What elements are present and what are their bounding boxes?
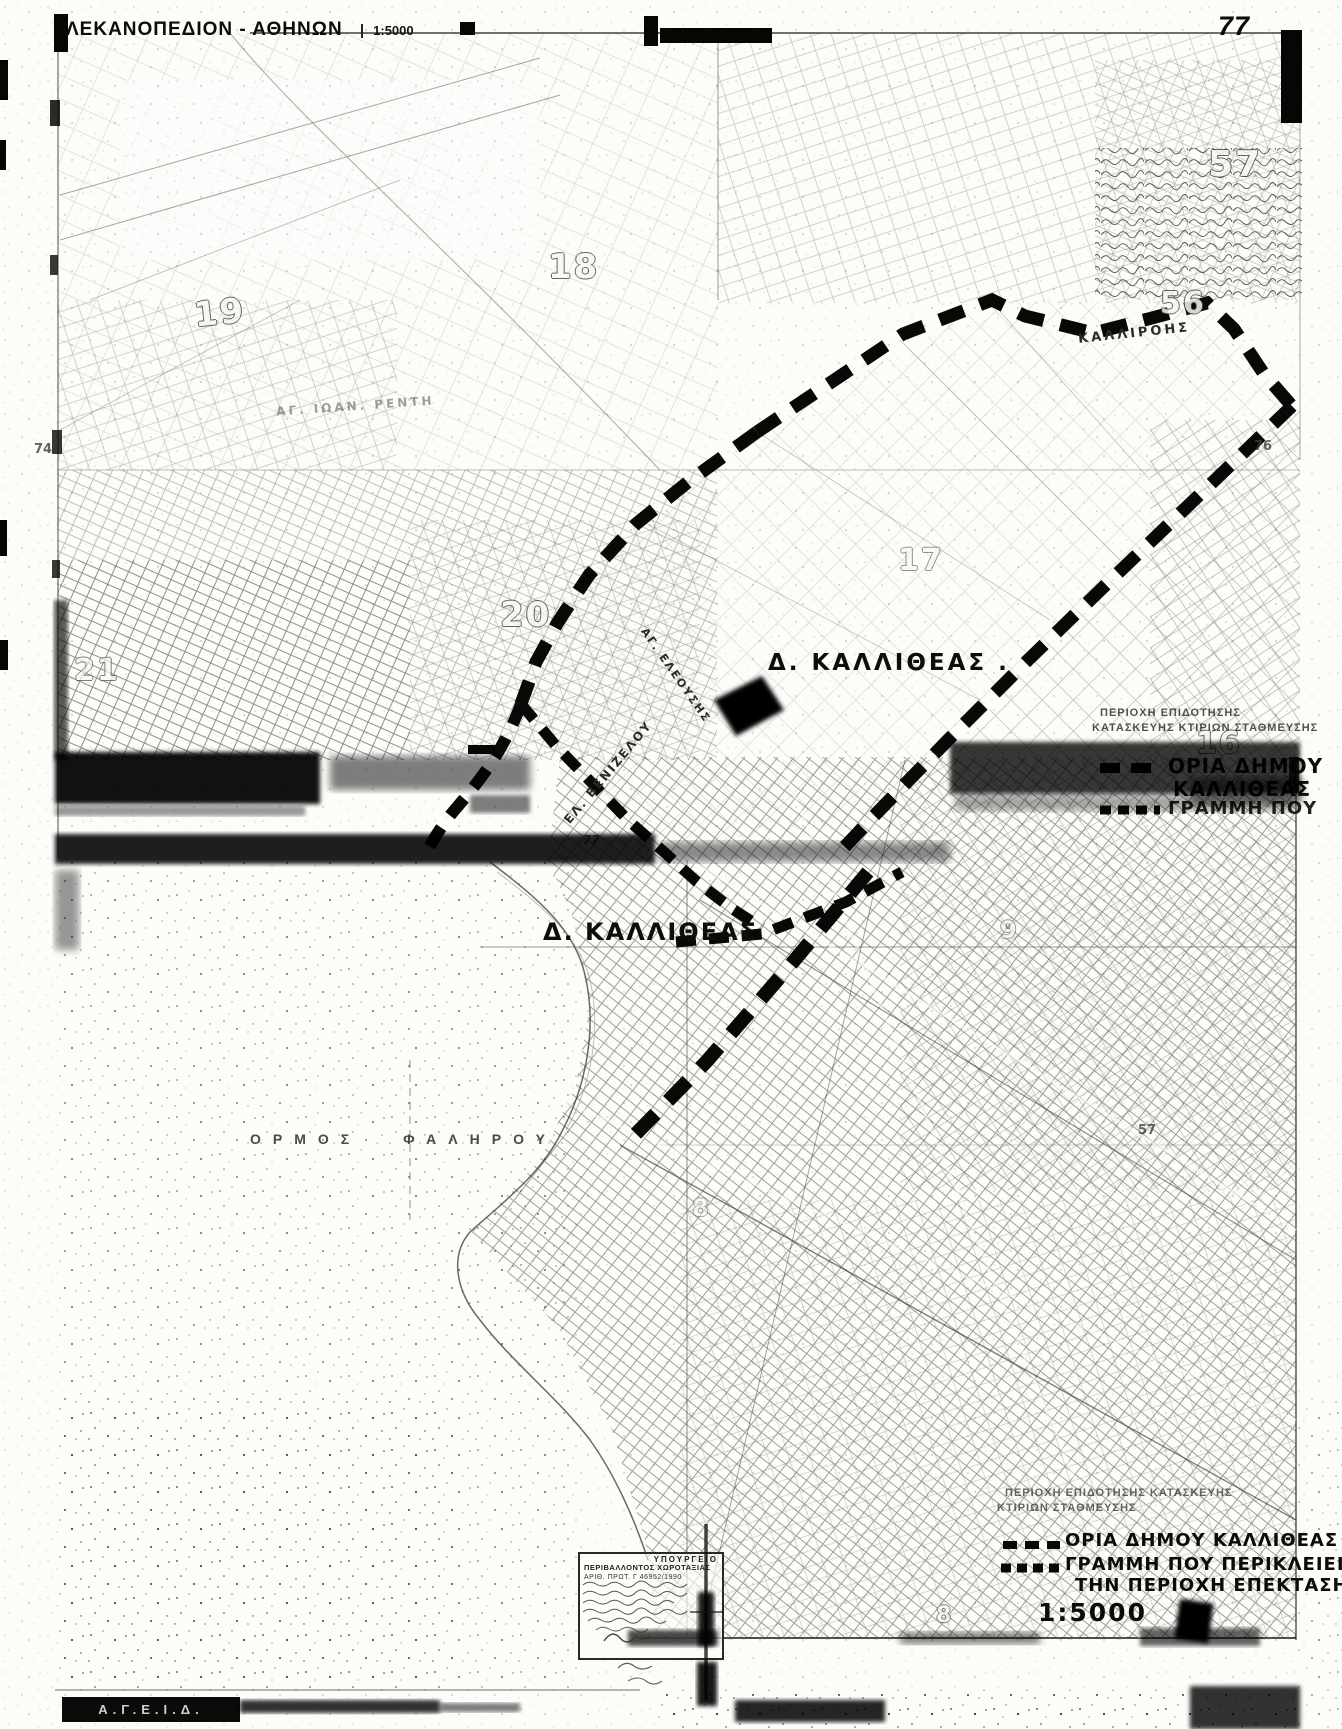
street-label-ag-eleousis: ΑΓ. ΕΛΕΟΥΣΗΣ [639,626,713,725]
scan-smudge-layer [0,0,1342,1729]
district-label-lower: Δ. ΚΑΛΛΙΘΕΑΣ [543,920,758,945]
grid-number-18: 18 [548,250,599,286]
street-label-kallirois: ΚΑΛΛΙΡΟΗΣ [1078,321,1191,346]
legend-upper-item1-line2: ΚΑΛΛΙΘΕΑΣ [1173,779,1311,800]
grid-number-19: 19 [192,293,247,334]
street-label-ag-ioan-renti: ΑΓ. ΙΩΑΝ. ΡΕΝΤΗ [276,394,435,418]
scanned-map-document: ΛΕΚΑΝΟΠΕΔΙΟΝ - ΑΘΗΝΩΝ 1:5000 77 19 18 57… [0,0,1342,1729]
lower-sheet-texture [472,757,1296,1640]
parking-note-upper-line2: ΚΑΤΑΣΚΕΥΗΣ ΚΤΙΡΙΩΝ ΣΤΑΘΜΕΥΣΗΣ [1092,723,1318,735]
grid-number-9-lower: 9 [1000,918,1019,943]
sheet-frame-lines [55,20,1300,1690]
map-title-block: ΛΕΚΑΝΟΠΕΔΙΟΝ - ΑΘΗΝΩΝ 1:5000 [66,20,414,40]
solid-boundary-block [714,676,784,736]
grid-number-8-lower: 8 [692,1196,711,1221]
footer-agency-label: Α.Γ.Ε.Ι.Δ. [98,1703,203,1717]
stamp-line-protocol: ΑΡΙΘ. ΠΡΩΤ. Γ 46952/1990 [584,1574,718,1581]
coastline [458,862,648,1560]
map-linework-layer [0,0,1342,1729]
sheet-number: 77 [1218,12,1250,40]
paper-noise [0,0,1342,1729]
edge-tick-76: 76 [1254,440,1272,454]
railway-lines [60,33,1150,700]
grid-number-57: 57 [1208,146,1262,184]
parking-note-lower-line2: ΚΤΙΡΙΩΝ ΣΤΑΘΜΕΥΣΗΣ [997,1503,1137,1515]
grid-number-17: 17 [898,545,944,577]
bay-area [57,860,648,1690]
legend-lower-scale: 1:5000 [1038,1600,1147,1626]
sheet-marker-77-lower: 77 [583,834,600,847]
map-title: ΛΕΚΑΝΟΠΕΔΙΟΝ - ΑΘΗΝΩΝ [66,20,343,40]
legend-upper-item1-line1: ΟΡΙΑ ΔΗΜΟΥ [1168,756,1323,777]
parking-note-lower-line1: ΠΕΡΙΟΧΗ ΕΠΙΔΟΤΗΣΗΣ ΚΑΤΑΣΚΕΥΗΣ [1005,1488,1233,1500]
legend-black-square [1174,1599,1213,1643]
parking-note-upper-line1: ΠΕΡΙΟΧΗ ΕΠΙΔΟΤΗΣΗΣ [1100,708,1241,720]
grid-number-21: 21 [74,655,120,687]
grid-number-56: 56 [1160,288,1206,320]
legend-upper-item2: ΓΡΑΜΜΗ ΠΟΥ [1168,800,1317,819]
bay-label: ΟΡΜΟΣ ΦΑΛΗΡΟΥ [250,1132,557,1147]
legend-lower-item1: ΟΡΙΑ ΔΗΜΟΥ ΚΑΛΛΙΘΕΑΣ [1065,1532,1338,1551]
edge-tick-57-lower: 57 [1138,1124,1156,1138]
footer-agency-bar: Α.Γ.Ε.Ι.Δ. [62,1697,240,1722]
paper-background [0,0,1342,1729]
map-scale: 1:5000 [361,24,413,38]
grid-number-20: 20 [500,598,551,634]
district-label-upper: Δ. ΚΑΛΛΙΘΕΑΣ . [768,651,1010,675]
legend-symbols [1001,768,1162,1568]
legend-lower-item2-line1: ΓΡΑΜΜΗ ΠΟΥ ΠΕΡΙΚΛΕΙΕΙ [1065,1556,1342,1575]
street-label-venizelou: ΕΛ. ΒΕΝΙΖΕΛΟΥ [562,719,655,826]
ministry-stamp: ΥΠΟΥΡΓΕΙΟ ΠΕΡΙΒΑΛΛΟΝΤΟΣ ΧΩΡΟΤΑΞΙΑΣ ΑΡΙΘ.… [578,1552,724,1660]
grid-number-8b-lower: 8 [936,1604,953,1627]
registration-marks [0,14,1302,1643]
overlap-band-smudges [54,600,1302,950]
stamp-line-department: ΠΕΡΙΒΑΛΛΟΝΤΟΣ ΧΩΡΟΤΑΞΙΑΣ [584,1564,718,1572]
legend-lower-item2-line2: ΤΗΝ ΠΕΡΙΟΧΗ ΕΠΕΚΤΑΣΗΣ [1075,1577,1342,1596]
edge-tick-74: 74 [34,443,52,457]
